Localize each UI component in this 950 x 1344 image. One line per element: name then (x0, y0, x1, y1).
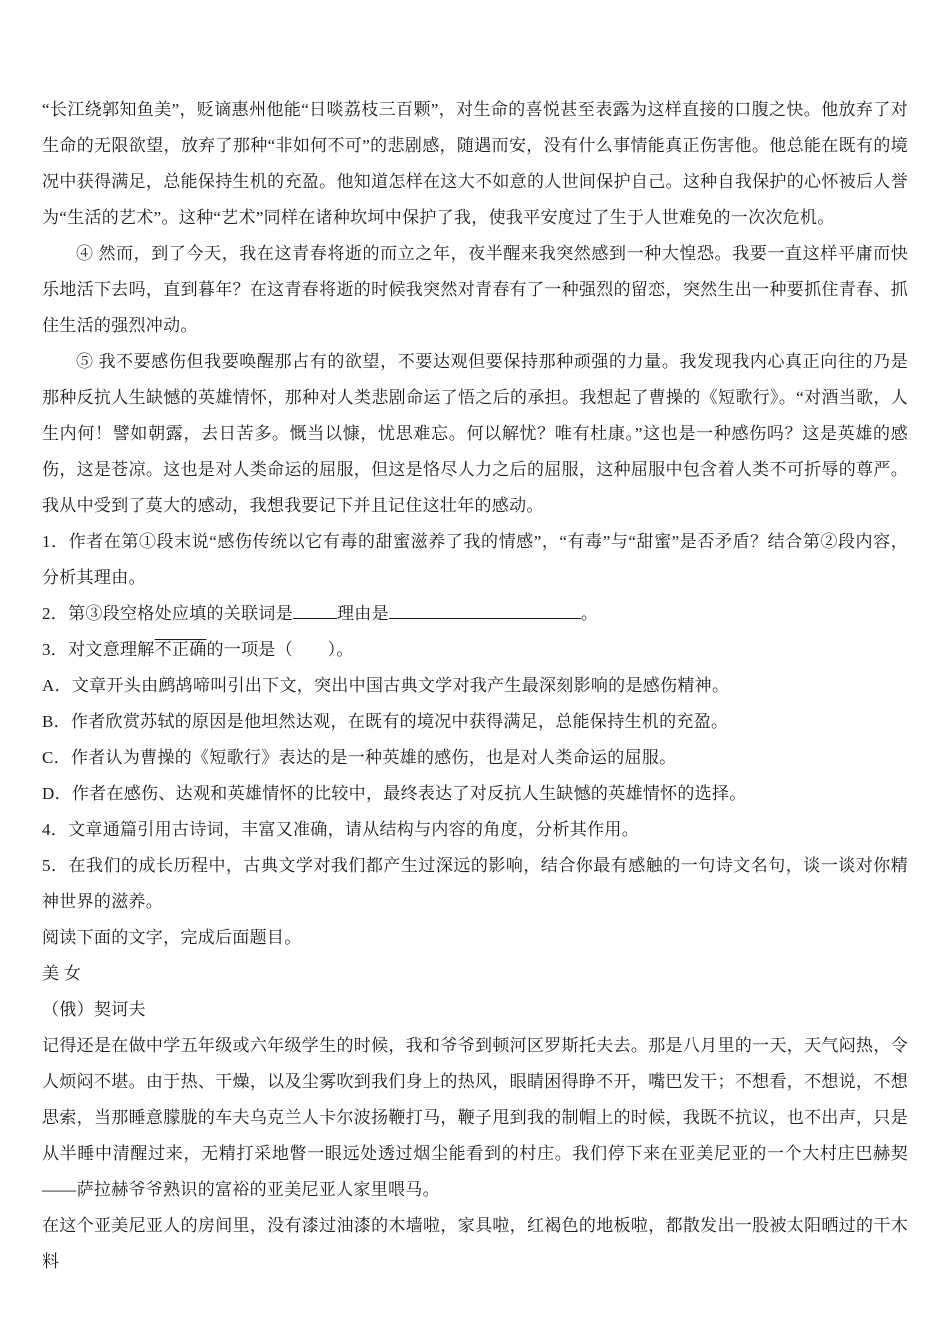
question-3-emphasized: 不正确 (155, 640, 207, 659)
question-3-option-b: B．作者欣赏苏轼的原因是他坦然达观，在既有的境况中获得满足，总能保持生机的充盈。 (42, 704, 908, 740)
reading2-paragraph-2: 在这个亚美尼亚人的房间里，没有漆过油漆的木墙啦，家具啦，红褐色的地板啦，都散发出… (42, 1208, 908, 1280)
question-3-option-a: A．文章开头由鹧鸪啼叫引出下文，突出中国古典文学对我产生最深刻影响的是感伤精神。 (42, 668, 908, 704)
question-2-suffix: 。 (581, 604, 598, 623)
reading1-paragraph-continuation: “长江绕郭知鱼美”，贬谪惠州他能“日啖荔枝三百颗”，对生命的喜悦甚至表露为这样直… (42, 92, 908, 236)
question-5: 5．在我们的成长历程中，古典文学对我们都产生过深远的影响，结合你最有感触的一句诗… (42, 848, 908, 920)
question-1: 1．作者在第①段末说“感伤传统以它有毒的甜蜜滋养了我的情感”，“有毒”与“甜蜜”… (42, 524, 908, 596)
reading1-paragraph-5: ⑤ 我不要感伤但我要唤醒那占有的欲望，不要达观但要保持那种顽强的力量。我发现我内… (42, 344, 908, 524)
document-page: “长江绕郭知鱼美”，贬谪惠州他能“日啖荔枝三百颗”，对生命的喜悦甚至表露为这样直… (0, 0, 950, 1344)
reading2-author: （俄）契诃夫 (42, 992, 908, 1028)
answer-blank-short (293, 600, 337, 619)
question-4: 4．文章通篇引用古诗词，丰富又准确，请从结构与内容的角度，分析其作用。 (42, 812, 908, 848)
answer-blank-long (389, 600, 581, 619)
question-3: 3．对文意理解不正确的一项是（ ）。 (42, 632, 908, 668)
question-3-post: 的一项是（ ）。 (207, 640, 354, 659)
reading2-paragraph-1: 记得还是在做中学五年级或六年级学生的时候，我和爷爷到顿河区罗斯托夫去。那是八月里… (42, 1028, 908, 1208)
reading2-title: 美 女 (42, 956, 908, 992)
question-2-mid: 理由是 (337, 604, 389, 623)
reading2-instruction: 阅读下面的文字，完成后面题目。 (42, 920, 908, 956)
question-2: 2．第③段空格处应填的关联词是理由是。 (42, 596, 908, 632)
question-2-prefix: 2．第③段空格处应填的关联词是 (42, 604, 293, 623)
question-3-option-d: D．作者在感伤、达观和英雄情怀的比较中，最终表达了对反抗人生缺憾的英雄情怀的选择… (42, 776, 908, 812)
reading1-paragraph-4: ④ 然而，到了今天，我在这青春将逝的而立之年，夜半醒来我突然感到一种大惶恐。我要… (42, 236, 908, 344)
question-3-option-c: C．作者认为曹操的《短歌行》表达的是一种英雄的感伤，也是对人类命运的屈服。 (42, 740, 908, 776)
question-3-pre: 3．对文意理解 (42, 640, 155, 659)
